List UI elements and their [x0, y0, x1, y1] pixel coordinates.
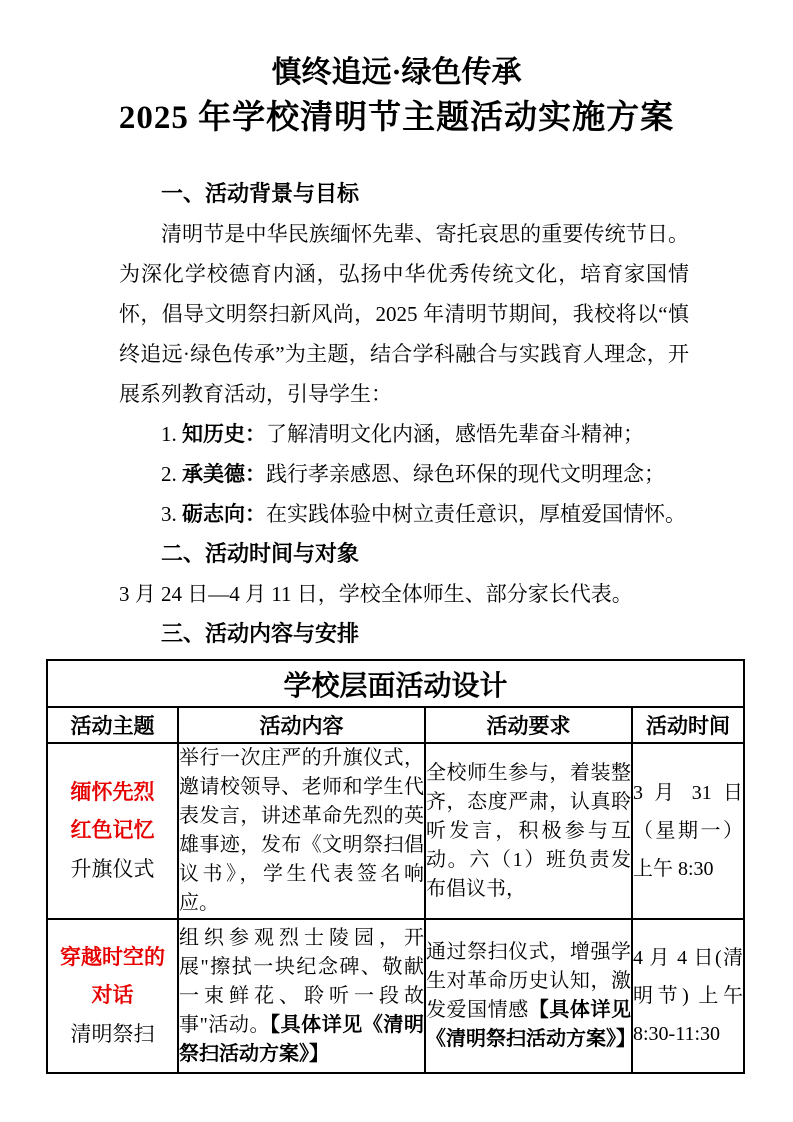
time-cell-row1: 3 月 31 日（星期一）上午 8:30 [632, 743, 744, 919]
theme-highlight-row2: 穿越时空的 对话 [48, 939, 177, 1015]
goal-3-label: 砺志向： [182, 502, 266, 526]
goal-item-1: 1. 知历史：了解清明文化内涵，感悟先辈奋斗精神； [119, 414, 689, 454]
requirement-cell-row2: 通过祭扫仪式，增强学生对革命历史认知，激发爱国情感【具体详见《清明祭扫活动方案》… [425, 919, 632, 1073]
goal-1-text: 了解清明文化内涵，感悟先辈奋斗精神； [266, 422, 644, 446]
section1-paragraph: 清明节是中华民族缅怀先辈、寄托哀思的重要传统节日。为深化学校德育内涵，弘扬中华优… [119, 214, 689, 414]
goal-2-label: 承美德： [182, 462, 266, 486]
theme-cell-row2: 穿越时空的 对话 清明祭扫 [47, 919, 178, 1073]
table-row: 缅怀先烈 红色记忆 升旗仪式 举行一次庄严的升旗仪式，邀请校领导、老师和学生代表… [47, 743, 744, 919]
column-header-time: 活动时间 [632, 707, 744, 743]
goal-item-3: 3. 砺志向：在实践体验中树立责任意识，厚植爱国情怀。 [119, 494, 689, 534]
theme-sub-row2: 清明祭扫 [48, 1015, 177, 1053]
content-row1-text: 举行一次庄严的升旗仪式，邀请校领导、老师和学生代表发言，讲述革命先烈的英雄事迹，… [179, 747, 424, 914]
section2-text: 3 月 24 日—4 月 11 日，学校全体师生、部分家长代表。 [119, 574, 689, 614]
goal-1-number: 1. [161, 422, 182, 446]
document-body: 一、活动背景与目标 清明节是中华民族缅怀先辈、寄托哀思的重要传统节日。为深化学校… [119, 174, 689, 654]
theme-highlight-row1: 缅怀先烈 红色记忆 [48, 774, 177, 850]
goal-2-text: 践行孝亲感恩、绿色环保的现代文明理念； [266, 462, 665, 486]
theme-cell-row1: 缅怀先烈 红色记忆 升旗仪式 [47, 743, 178, 919]
section1-heading: 一、活动背景与目标 [119, 174, 689, 214]
content-cell-row2: 组织参观烈士陵园，开展"擦拭一块纪念碑、敬献一束鲜花、聆听一段故事"活动。【具体… [178, 919, 425, 1073]
activity-table-wrapper: 学校层面活动设计 活动主题 活动内容 活动要求 活动时间 缅怀先烈 红色记忆 升… [46, 659, 793, 1074]
goal-item-2: 2. 承美德：践行孝亲感恩、绿色环保的现代文明理念； [119, 454, 689, 494]
theme-sub-row1: 升旗仪式 [48, 850, 177, 888]
section2-heading: 二、活动时间与对象 [119, 534, 689, 574]
document-page: 慎终追远·绿色传承 2025 年学校清明节主题活动实施方案 一、活动背景与目标 … [0, 0, 793, 1122]
goal-2-number: 2. [161, 462, 182, 486]
goal-3-number: 3. [161, 502, 182, 526]
theme-highlight-row1-line2: 红色记忆 [48, 812, 177, 850]
doc-title-line2: 2025 年学校清明节主题活动实施方案 [0, 96, 793, 140]
goal-3-text: 在实践体验中树立责任意识，厚植爱国情怀。 [266, 502, 686, 526]
column-header-theme: 活动主题 [47, 707, 178, 743]
table-row: 穿越时空的 对话 清明祭扫 组织参观烈士陵园，开展"擦拭一块纪念碑、敬献一束鲜花… [47, 919, 744, 1073]
theme-highlight-row2-line2: 对话 [48, 977, 177, 1015]
table-title: 学校层面活动设计 [47, 660, 744, 707]
time-cell-row2: 4 月 4 日(清明节) 上午 8:30-11:30 [632, 919, 744, 1073]
requirement-row1-text: 全校师生参与，着装整齐，态度严肃，认真聆听发言，积极参与互动。六（1）班负责发布… [426, 762, 631, 900]
requirement-cell-row1: 全校师生参与，着装整齐，态度严肃，认真聆听发言，积极参与互动。六（1）班负责发布… [425, 743, 632, 919]
column-header-content: 活动内容 [178, 707, 425, 743]
column-header-requirement: 活动要求 [425, 707, 632, 743]
goal-1-label: 知历史： [182, 422, 266, 446]
theme-highlight-row2-line1: 穿越时空的 [48, 939, 177, 977]
theme-highlight-row1-line1: 缅怀先烈 [48, 774, 177, 812]
section3-heading: 三、活动内容与安排 [119, 614, 689, 654]
activity-table: 学校层面活动设计 活动主题 活动内容 活动要求 活动时间 缅怀先烈 红色记忆 升… [46, 659, 745, 1074]
content-cell-row1: 举行一次庄严的升旗仪式，邀请校领导、老师和学生代表发言，讲述革命先烈的英雄事迹，… [178, 743, 425, 919]
doc-title-line1: 慎终追远·绿色传承 [0, 54, 793, 92]
